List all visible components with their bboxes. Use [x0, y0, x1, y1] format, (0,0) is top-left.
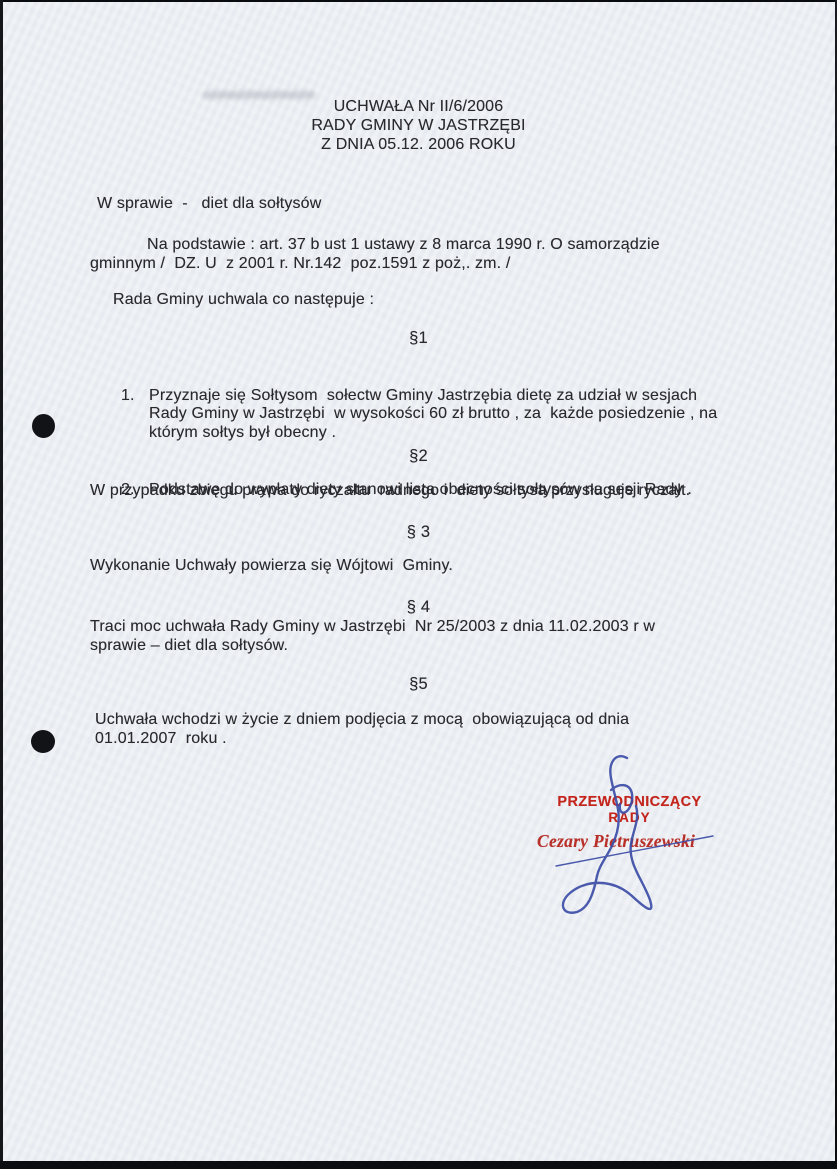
hole-punch-top [32, 414, 55, 438]
section-4-paragraph: Traci moc uchwała Rady Gminy w Jastrzębi… [90, 618, 780, 656]
hole-punch-bottom [31, 730, 55, 753]
section-4-symbol: § 4 [0, 598, 837, 617]
section-2-symbol: §2 [0, 447, 837, 466]
paper-sheet [3, 2, 835, 1161]
section-5-symbol: §5 [0, 675, 837, 694]
enacting-clause: Rada Gminy uchwala co następuje : [113, 291, 374, 310]
scanned-document-page: UCHWAŁA Nr II/6/2006RADY GMINY W JASTRZĘ… [0, 0, 837, 1169]
title-line-1: UCHWAŁA Nr II/6/2006 [0, 98, 837, 117]
handwritten-signature-ink [520, 735, 750, 935]
section-1-list: 1. Przyznaje się Sołtysom sołectw Gminy … [121, 349, 776, 537]
section-2-paragraph: W przypadku zbiegu prawa do ryczałtu rad… [90, 482, 790, 501]
legal-basis-paragraph: Na podstawie : art. 37 b ust 1 ustawy z … [90, 236, 752, 274]
section-3-paragraph: Wykonanie Uchwały powierza się Wójtowi G… [90, 557, 790, 576]
scan-edge-top [0, 0, 837, 2]
title-line-3: Z DNIA 05.12. 2006 ROKU [0, 136, 837, 155]
scan-edge-left [0, 0, 3, 1169]
section-1-symbol: §1 [0, 329, 837, 348]
section-3-symbol: § 3 [0, 523, 837, 542]
list-item: 1. Przyznaje się Sołtysom sołectw Gminy … [121, 387, 776, 443]
scan-edge-bottom [0, 1161, 837, 1169]
title-line-2: RADY GMINY W JASTRZĘBI [0, 117, 837, 136]
document-title: UCHWAŁA Nr II/6/2006RADY GMINY W JASTRZĘ… [0, 98, 837, 154]
list-item-text: Przyznaje się Sołtysom sołectw Gminy Jas… [149, 387, 776, 443]
list-item-number: 1. [121, 387, 149, 443]
subject-line: W sprawie - diet dla sołtysów [97, 195, 321, 214]
